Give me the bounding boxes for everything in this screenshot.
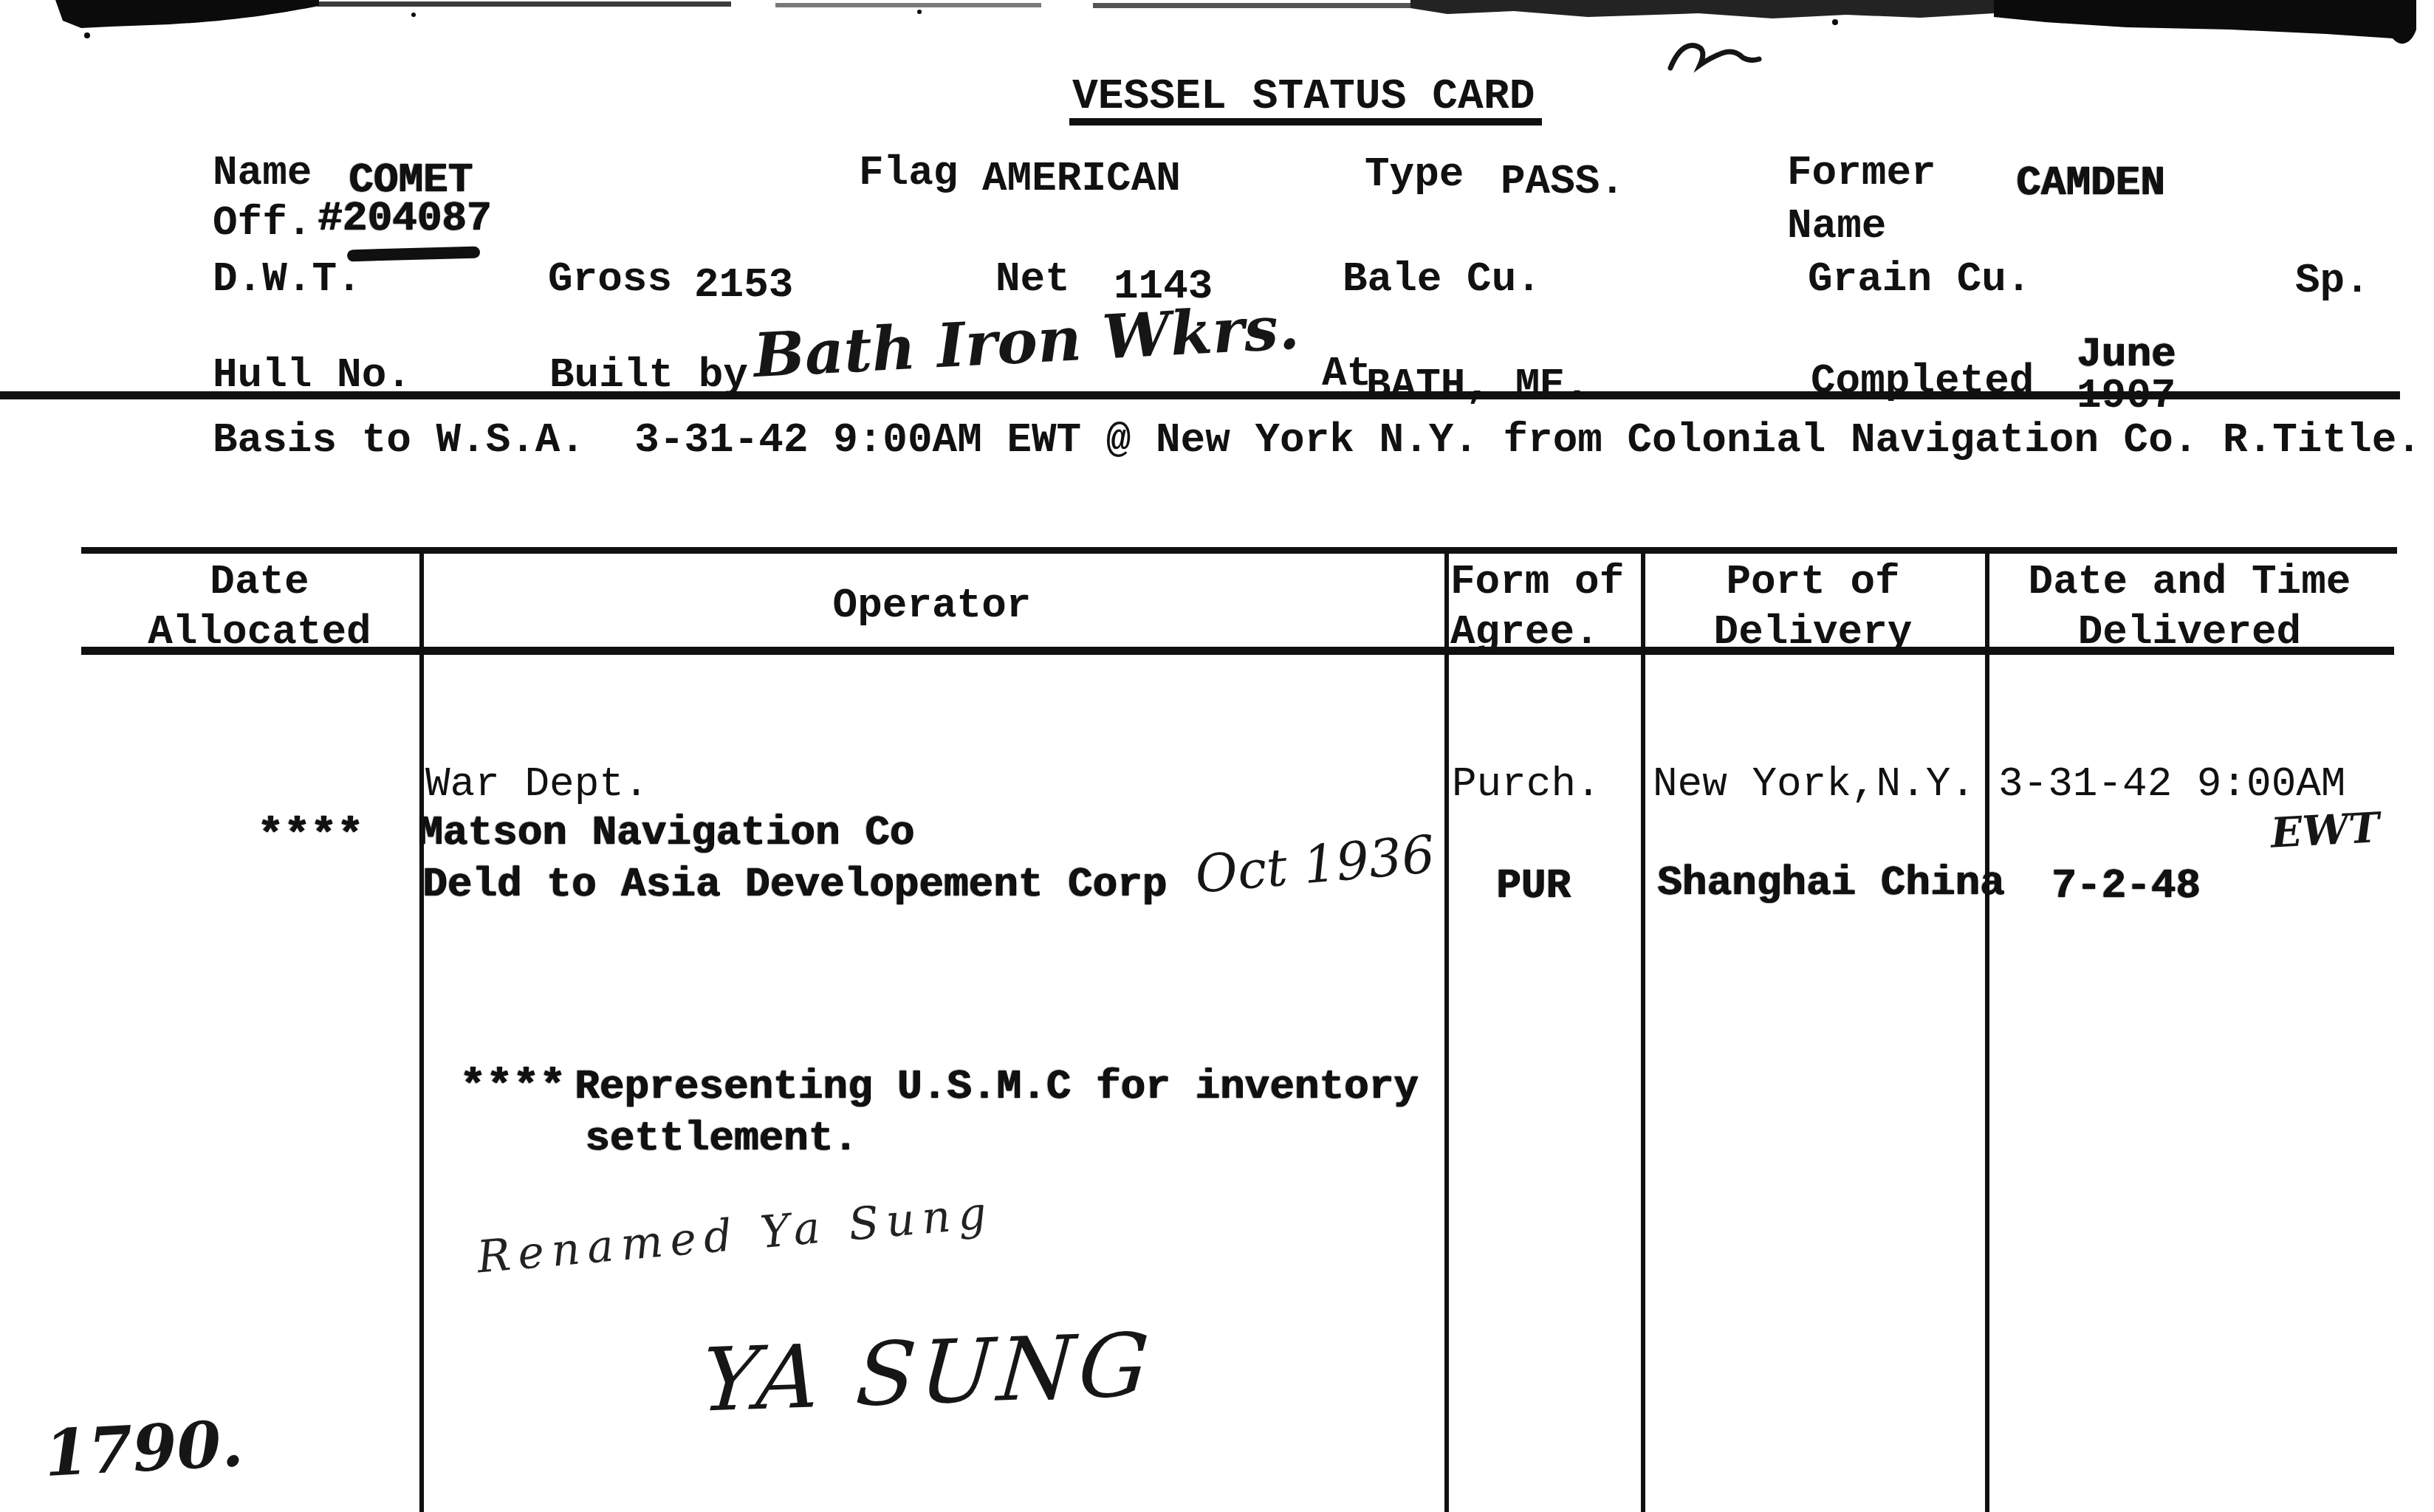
new-name-handwriting: YA SUNG: [698, 1313, 1156, 1432]
net-label: Net: [995, 257, 1070, 303]
type-label: Type: [1365, 152, 1464, 198]
bale-cu-label: Bale Cu.: [1343, 257, 1541, 303]
header-date-allocated-line2: Allocated: [100, 610, 419, 656]
footnote-line2: settlement.: [585, 1116, 858, 1162]
footnote-line1: Representing U.S.M.C for inventory: [575, 1065, 1419, 1110]
page-title: VESSEL STATUS CARD: [1072, 74, 1535, 121]
type-value: PASS.: [1501, 159, 1625, 205]
delivered-datetime-1: 3-31-42 9:00AM: [1998, 762, 2345, 808]
at-value: BATH, ME.: [1366, 363, 1589, 409]
flag-label: Flag: [859, 151, 958, 196]
dwt-label: D.W.T.: [213, 257, 362, 303]
built-by-signature: Bath Iron Wkrs.: [752, 292, 1301, 392]
official-number-label: Off.: [213, 201, 312, 247]
former-name-label-line2: Name: [1787, 204, 1886, 250]
form-of-agree-purch: Purch.: [1452, 762, 1601, 808]
header-form-of-agree-line2: Agree.: [1450, 610, 1600, 656]
table-divider-4: [1985, 547, 1989, 1512]
official-number-underline: [347, 247, 480, 262]
header-date-time-delivered-line2: Delivered: [1985, 610, 2394, 656]
name-label: Name: [213, 151, 312, 196]
delivered-handwritten-ewt: EWT: [2269, 803, 2381, 858]
header-port-of-delivery-line2: Delivery: [1641, 610, 1985, 656]
rule-under-hull-row: [0, 391, 2400, 399]
footnote-stars: ****: [459, 1063, 566, 1112]
corner-number-handwriting: 1790.: [43, 1406, 245, 1491]
basis-line: Basis to W.S.A. 3-31-42 9:00AM EWT @ New…: [213, 418, 2421, 464]
at-label: At: [1322, 351, 1371, 397]
operator-entry-war-dept: War Dept.: [425, 762, 648, 808]
table-divider-1: [419, 547, 424, 1512]
port-delivery-new-york: New York,N.Y.: [1653, 762, 1975, 808]
operator-entry-deld-asia: Deld to Asia Developement Corp: [422, 862, 1167, 908]
gross-label: Gross: [548, 257, 672, 303]
delivered-datetime-2: 7-2-48: [2051, 864, 2201, 910]
gross-value: 2153: [694, 263, 793, 309]
title-underline: [1069, 118, 1542, 126]
former-name-value: CAMDEN: [2016, 161, 2165, 207]
header-date-allocated-line1: Date: [100, 560, 419, 605]
port-delivery-shanghai: Shanghai China: [1657, 861, 2004, 907]
sp-label: Sp.: [2295, 258, 2370, 304]
date-allocated-stars: ****: [257, 812, 363, 861]
table-top-rule: [81, 547, 2397, 554]
completed-month: June: [2077, 332, 2176, 378]
flag-value: AMERICAN: [982, 157, 1181, 202]
official-number-value: #204087: [318, 196, 491, 242]
header-date-time-delivered-line1: Date and Time: [1985, 560, 2394, 605]
former-name-label-line1: Former: [1787, 151, 1936, 196]
table-divider-3: [1641, 547, 1645, 1512]
header-operator: Operator: [419, 583, 1444, 629]
grain-cu-label: Grain Cu.: [1808, 257, 2031, 303]
operator-entry-matson: Matson Navigation Co: [418, 811, 914, 856]
operator-entry-handwritten-date: Oct 1936: [1193, 824, 1437, 905]
header-port-of-delivery-line1: Port of: [1641, 560, 1985, 605]
header-form-of-agree-line1: Form of: [1450, 560, 1624, 605]
table-divider-2: [1444, 547, 1449, 1512]
pen-mark: [1654, 30, 1846, 89]
vessel-status-card: VESSEL STATUS CARD Name COMET Flag AMERI…: [0, 0, 2434, 1512]
renamed-note-handwriting: Renamed Ya Sung: [475, 1187, 995, 1284]
form-of-agree-pur: PUR: [1496, 864, 1571, 910]
